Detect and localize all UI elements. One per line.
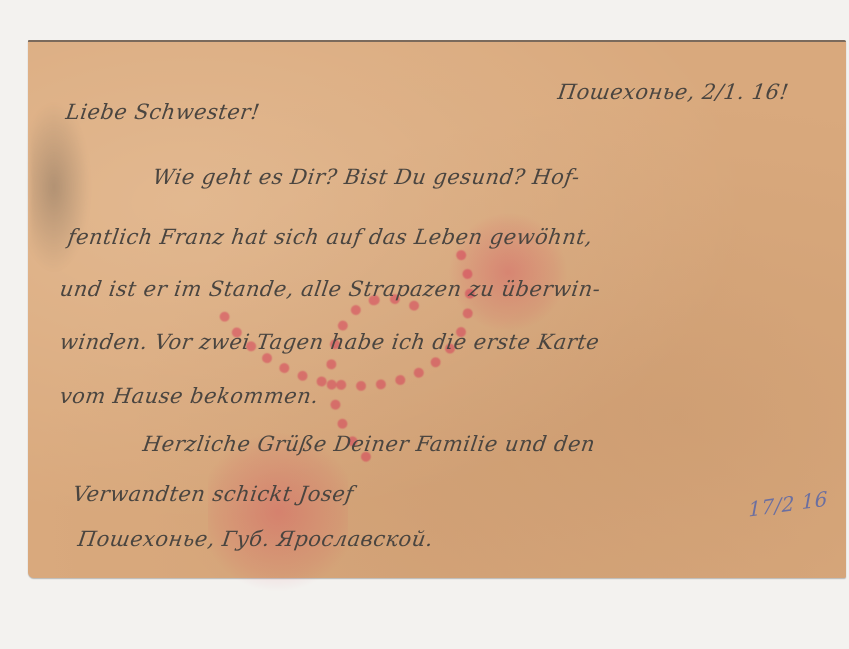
return-address: Пошехонье, Губ. Ярославской. xyxy=(76,527,435,551)
body-line: Herzliche Grüße Deiner Familie und den xyxy=(141,432,597,456)
body-line: winden. Vor zwei Tagen habe ich die erst… xyxy=(58,330,601,354)
pencil-annotation: 17/2 16 xyxy=(748,486,827,521)
salutation: Liebe Schwester! xyxy=(64,100,261,124)
postcard: Liebe Schwester! Пошехонье, 2/1. 16! Wie… xyxy=(28,40,846,578)
body-line: Wie geht es Dir? Bist Du gesund? Hof- xyxy=(151,165,581,189)
place-date: Пошехонье, 2/1. 16! xyxy=(556,80,790,104)
body-line: und ist er im Stande, alle Strapazen zu … xyxy=(58,277,602,301)
signature-line: Verwandten schickt Josef xyxy=(71,482,355,506)
body-line: vom Hause bekommen. xyxy=(58,384,320,408)
body-line: fentlich Franz hat sich auf das Leben ge… xyxy=(66,225,594,249)
